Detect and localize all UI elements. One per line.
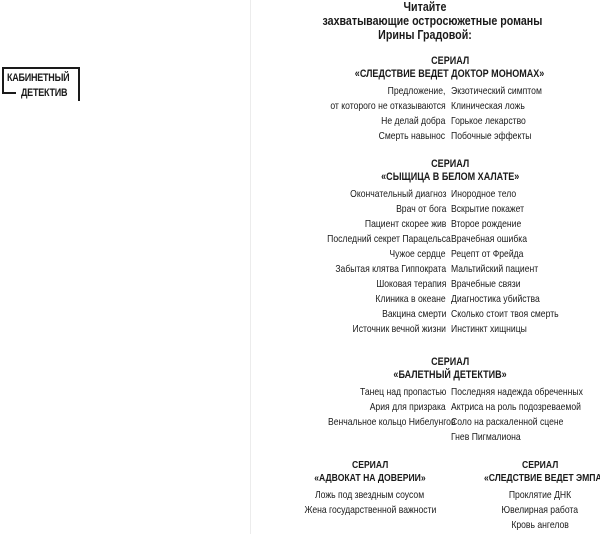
series-heading: СЕРИАЛ «СЫЩИЦА В БЕЛОМ ХАЛАТЕ» [300, 158, 600, 184]
series-label: СЕРИАЛ [431, 356, 469, 369]
series-name: «СЫЩИЦА В БЕЛОМ ХАЛАТЕ» [381, 171, 519, 184]
page-heading: Читайте захватывающие остросюжетные рома… [300, 0, 550, 42]
book-title: Врачебные связи [451, 277, 600, 292]
left-page: КАБИНЕТНЫЙ ДЕТЕКТИВ [0, 0, 250, 534]
logo-frame-bottom [2, 92, 16, 94]
book-title: Клиника в океане [300, 292, 446, 307]
book-title: Источник вечной жизни [300, 322, 446, 337]
series-block-syshchitsa: СЕРИАЛ «СЫЩИЦА В БЕЛОМ ХАЛАТЕ» Окончател… [300, 158, 600, 337]
heading-line3: Ирины Градовой: [323, 28, 528, 42]
heading-line1: Читайте [323, 0, 528, 14]
book-title: Инородное тело [451, 187, 600, 202]
series-label: СЕРИАЛ [431, 55, 469, 68]
book-title: Клиническая ложь [451, 99, 600, 114]
book-title: Ария для призрака [300, 400, 446, 415]
series-logo: КАБИНЕТНЫЙ ДЕТЕКТИВ [2, 67, 80, 101]
book-title: Врачебная ошибка [451, 232, 600, 247]
book-title: Последняя надежда обреченных [451, 385, 600, 400]
series-label: СЕРИАЛ [522, 459, 558, 472]
book-title: Актриса на роль подозреваемой [451, 400, 600, 415]
logo-text-line2: ДЕТЕКТИВ [21, 87, 67, 99]
book-title: от которого не отказываются [300, 99, 446, 114]
book-list-right: Инородное тело Вскрытие покажет Второе р… [450, 187, 600, 337]
book-title: Венчальное кольцо Нибелунгов [300, 415, 446, 430]
book-title: Танец над пропастью [300, 385, 446, 400]
book-title: Пациент скорее жив [300, 217, 446, 232]
book-title: Гнев Пигмалиона [451, 430, 600, 445]
book-title: Забытая клятва Гиппократа [300, 262, 446, 277]
book-title: Кровь ангелов [470, 518, 600, 533]
book-title: Экзотический симптом [451, 84, 600, 99]
book-title: Диагностика убийства [451, 292, 600, 307]
book-list-left: Танец над пропастью Ария для призрака Ве… [300, 385, 450, 445]
book-list-left: Окончательный диагноз Врач от бога Пацие… [300, 187, 450, 337]
book-list: Танец над пропастью Ария для призрака Ве… [300, 385, 600, 445]
book-title: Врач от бога [300, 202, 446, 217]
series-label: СЕРИАЛ [431, 158, 469, 171]
book-title: Рецепт от Фрейда [451, 247, 600, 262]
book-title: Ювелирная работа [470, 503, 600, 518]
series-block-mononakh: СЕРИАЛ «СЛЕДСТВИЕ ВЕДЕТ ДОКТОР МОНОМАХ» … [300, 55, 600, 144]
book-title: Предложение, [300, 84, 446, 99]
book-title: Второе рождение [451, 217, 600, 232]
series-block-ballet: СЕРИАЛ «БАЛЕТНЫЙ ДЕТЕКТИВ» Танец над про… [300, 356, 600, 445]
book-title: Горькое лекарство [451, 114, 600, 129]
book-title: Мальтийский пациент [451, 262, 600, 277]
book-title: Инстинкт хищницы [451, 322, 600, 337]
book-title: Чужое сердце [300, 247, 446, 262]
series-name: «СЛЕДСТВИЕ ВЕДЕТ ЭМПАТ» [484, 472, 600, 485]
book-list: Окончательный диагноз Врач от бога Пацие… [300, 187, 600, 337]
book-title: Проклятие ДНК [470, 488, 600, 503]
logo-frame-left [2, 67, 4, 93]
book-title: Смерть навынос [300, 129, 446, 144]
series-name: «СЛЕДСТВИЕ ВЕДЕТ ДОКТОР МОНОМАХ» [355, 68, 545, 81]
series-label: СЕРИАЛ [352, 459, 388, 472]
book-title: Сколько стоит твоя смерть [451, 307, 600, 322]
book-title: Последний секрет Парацельса [300, 232, 446, 247]
logo-frame-right [78, 67, 80, 101]
book-title: Ложь под звездным соусом [290, 488, 450, 503]
book-title: Окончательный диагноз [300, 187, 446, 202]
series-heading: СЕРИАЛ «БАЛЕТНЫЙ ДЕТЕКТИВ» [300, 356, 600, 382]
logo-frame-top [2, 67, 80, 69]
heading-line2: захватывающие остросюжетные романы [323, 14, 528, 28]
book-title: Вскрытие покажет [451, 202, 600, 217]
book-title: Жена государственной важности [290, 503, 450, 518]
book-list: Предложение, от которого не отказываются… [300, 84, 600, 144]
series-name: «АДВОКАТ НА ДОВЕРИИ» [314, 472, 425, 485]
book-title: Не делай добра [300, 114, 446, 129]
book-title: Шоковая терапия [300, 277, 446, 292]
book-title: Побочные эффекты [451, 129, 600, 144]
book-list-right: Последняя надежда обреченных Актриса на … [450, 385, 600, 445]
series-block-empat: СЕРИАЛ «СЛЕДСТВИЕ ВЕДЕТ ЭМПАТ» Проклятие… [470, 459, 600, 533]
series-name: «БАЛЕТНЫЙ ДЕТЕКТИВ» [393, 369, 506, 382]
book-title: Вакцина смерти [300, 307, 446, 322]
book-title: Соло на раскаленной сцене [451, 415, 600, 430]
series-heading: СЕРИАЛ «СЛЕДСТВИЕ ВЕДЕТ ДОКТОР МОНОМАХ» [300, 55, 600, 81]
logo-text-line1: КАБИНЕТНЫЙ [7, 72, 69, 84]
book-list-right: Экзотический симптом Клиническая ложь Го… [450, 84, 600, 144]
series-block-advokat: СЕРИАЛ «АДВОКАТ НА ДОВЕРИИ» Ложь под зве… [290, 459, 450, 518]
book-list-left: Предложение, от которого не отказываются… [300, 84, 450, 144]
